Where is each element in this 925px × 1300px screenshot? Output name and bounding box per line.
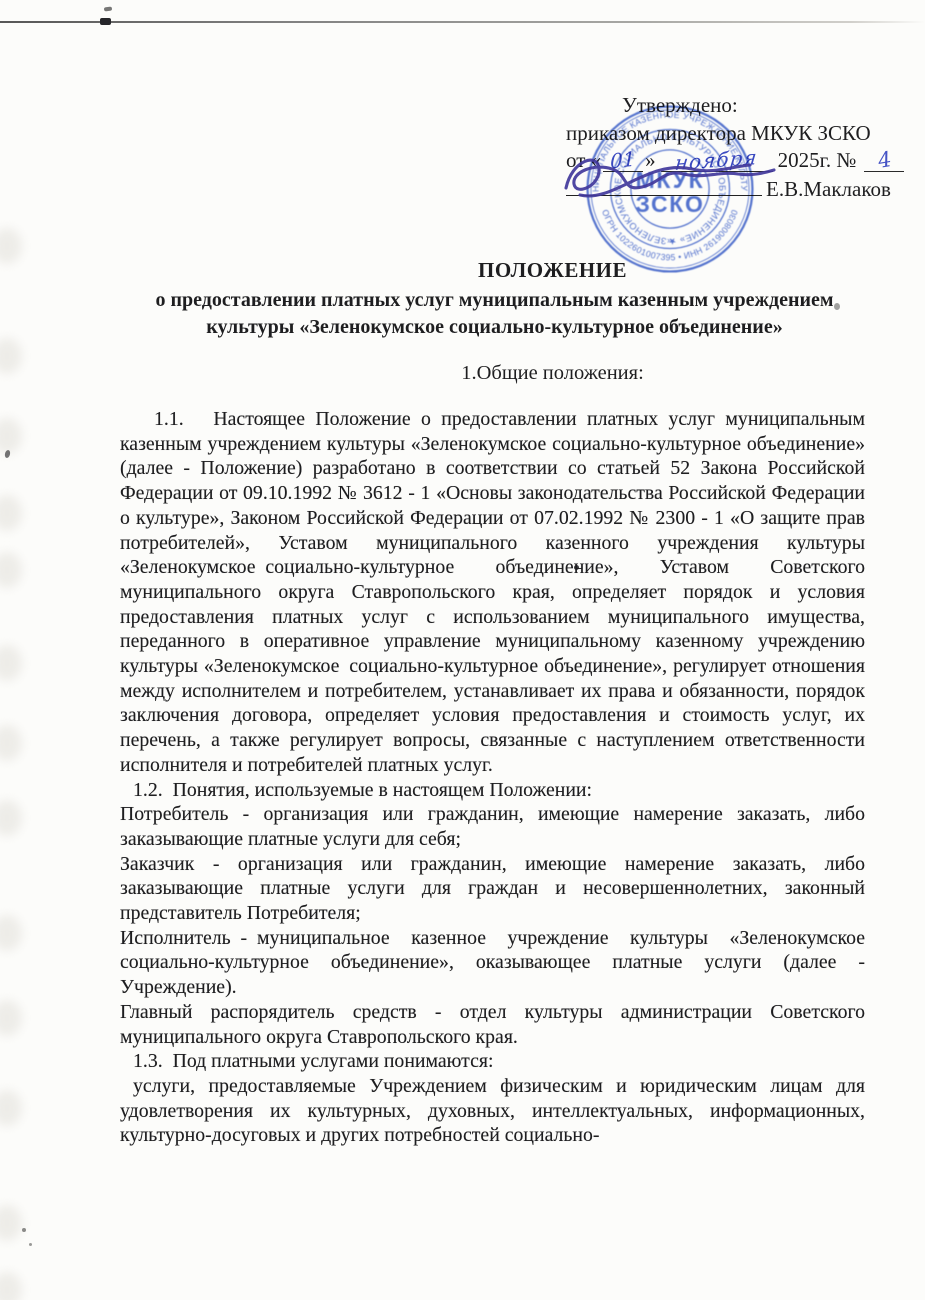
document-body: 1.1. Настоящее Положение о предоставлени… xyxy=(120,407,865,1148)
handwritten-order-number: 4 xyxy=(876,148,893,172)
scan-mark xyxy=(4,449,11,458)
scan-smudge xyxy=(0,552,22,588)
paragraph: 1.1. Настоящее Положение о предоставлени… xyxy=(120,407,865,778)
scan-smudge xyxy=(0,725,22,761)
scan-smudge xyxy=(0,800,22,836)
scan-smudge xyxy=(0,1205,22,1241)
year-label: 2025г. № xyxy=(778,148,857,172)
scan-smudge xyxy=(0,1000,22,1036)
scan-smudge xyxy=(0,418,22,454)
paragraph: Исполнитель - муниципальное казенное учр… xyxy=(120,926,865,1000)
paragraph: услуги, предоставляемые Учреждением физи… xyxy=(120,1074,865,1148)
scan-edge-line xyxy=(0,21,925,23)
paragraph: Главный распорядитель средств - отдел ку… xyxy=(120,1000,865,1049)
document-title: ПОЛОЖЕНИЕ xyxy=(180,258,925,283)
paragraph: Потребитель - организация или гражданин,… xyxy=(120,802,865,851)
signature-stroke xyxy=(580,165,750,196)
paragraph: 1.2. Понятия, используемые в настоящем П… xyxy=(120,778,865,803)
scan-smudge xyxy=(0,645,22,681)
document-subtitle: о предоставлении платных услуг муниципал… xyxy=(122,287,867,340)
scan-mark xyxy=(22,1228,26,1232)
scanned-document-page: Утверждено: приказом директора МКУК ЗСКО… xyxy=(0,0,925,1300)
scan-smudge xyxy=(0,338,22,374)
scan-mark xyxy=(104,6,112,11)
paragraph: Заказчик - организация или гражданин, им… xyxy=(120,852,865,926)
scan-mark xyxy=(29,1243,32,1246)
scan-smudge xyxy=(0,915,22,951)
handwritten-order-number-slot: 4 xyxy=(864,149,904,172)
scan-smudge xyxy=(0,228,22,264)
scan-smudge xyxy=(0,495,22,531)
paragraph: 1.3. Под платными услугами понимаются: xyxy=(120,1049,865,1074)
scan-smudge xyxy=(0,1090,22,1126)
scan-smudge xyxy=(0,1272,22,1300)
section-heading: 1.Общие положения: xyxy=(180,362,925,385)
signature-scribble xyxy=(552,146,787,210)
scan-mark xyxy=(100,18,111,25)
